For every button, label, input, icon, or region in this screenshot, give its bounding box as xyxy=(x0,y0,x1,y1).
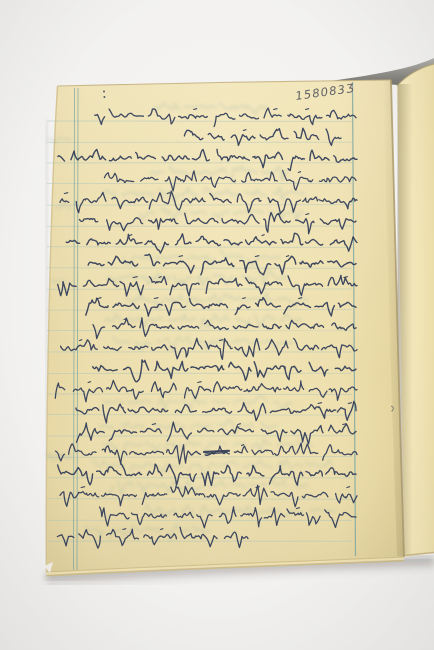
manuscript-scan: 158083Ʒ xyxy=(0,0,434,650)
vignette-overlay xyxy=(0,0,434,650)
scan-canvas: 158083Ʒ xyxy=(0,0,434,650)
